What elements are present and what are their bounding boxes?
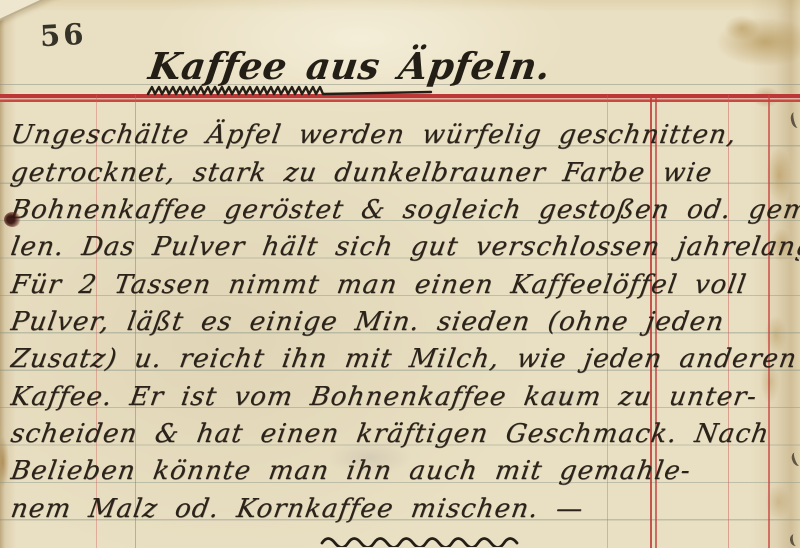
handwriting-line-5: Für 2 Tassen nimmt man einen Kaffeelöffe… <box>8 266 750 304</box>
handwriting-line-1: Ungeschälte Äpfel werden würfelig geschn… <box>8 116 740 154</box>
handwriting-line-7: Zusatz) u. reicht ihn mit Milch, wie jed… <box>8 340 800 378</box>
handwriting-line-3: Bohnenkaffee geröstet & sogleich gestoße… <box>8 191 800 229</box>
ink-blot <box>4 212 21 227</box>
column-line-right-2 <box>728 95 729 548</box>
column-line-right-3 <box>768 95 770 548</box>
handwriting-line-10: Belieben könnte man ihn auch mit gemahle… <box>8 452 694 490</box>
handwriting-line-2: getrocknet, stark zu dunkelbrauner Farbe… <box>8 154 715 192</box>
handwriting-line-4: len. Das Pulver hält sich gut verschloss… <box>8 228 800 266</box>
handwriting-line-11: nem Malz od. Kornkaffee mischen. — <box>8 490 586 528</box>
title-underline <box>146 82 436 98</box>
page-number: 56 <box>39 17 87 53</box>
handwriting-line-6: Pulver, läßt es einige Min. sieden (ohne… <box>8 303 727 341</box>
handwriting-line-9: scheiden & hat einen kräftigen Geschmack… <box>8 415 772 453</box>
next-section-underline <box>320 533 532 547</box>
handwriting-line-8: Kaffee. Er ist vom Bohnenkaffee kaum zu … <box>8 378 760 416</box>
scanned-recipe-page: 56 Kaffee aus Äpfeln. Ungeschälte Äpfel … <box>0 0 800 548</box>
